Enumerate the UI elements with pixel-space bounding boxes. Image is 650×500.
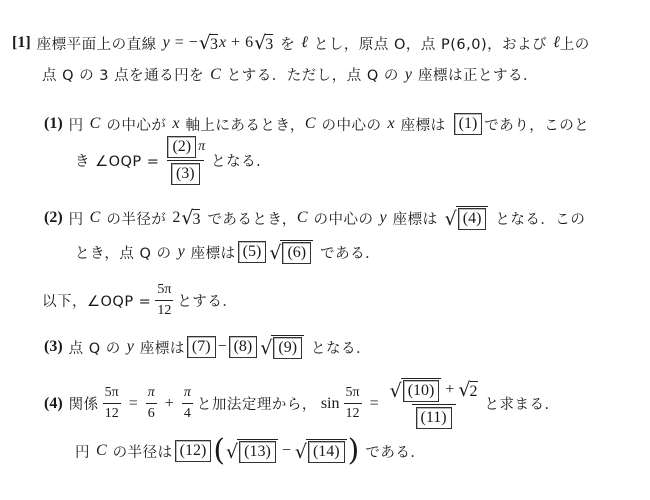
left-paren: ( xyxy=(213,436,225,466)
sqrt-3: √3 xyxy=(199,32,218,54)
fraction-5pi-12: 5π 12 xyxy=(103,385,121,422)
sin-value-fraction: √(10) + √2 (11) xyxy=(387,378,481,429)
answer-box-13[interactable]: (13) xyxy=(239,441,276,463)
premise-line: 以下，∠OQP = 5π 12 とする． xyxy=(42,282,237,319)
intro-line-2: 点 Q の 3 点を通る円を C とする．ただし，点 Q の y 座標は正とする… xyxy=(42,64,538,85)
sqrt-box-13: √(13) xyxy=(226,439,278,463)
question-label: (1) xyxy=(44,115,63,133)
answer-box-6[interactable]: (6) xyxy=(282,242,311,264)
sqrt-2: √2 xyxy=(458,379,477,401)
answer-box-1[interactable]: (1) xyxy=(454,113,483,135)
answer-box-7[interactable]: (7) xyxy=(187,336,216,358)
sqrt-box-14: √(14) xyxy=(295,439,347,463)
question-2-line-2: とき，点 Q の y 座標は (5) √(6) である． xyxy=(75,240,380,264)
question-4-line-1: (4) 関係 5π 12 = π 6 + π 4 と加法定理から， sin 5π… xyxy=(44,378,560,429)
question-4-line-2: 円 C の半径は (12) ( √(13) − √(14) ) である． xyxy=(75,436,425,466)
question-label: (2) xyxy=(44,209,63,227)
answer-box-5[interactable]: (5) xyxy=(238,241,267,263)
fraction-5pi-12: 5π 12 xyxy=(344,385,362,422)
sqrt-box-10: √(10) xyxy=(390,378,442,402)
answer-box-10[interactable]: (10) xyxy=(403,380,440,402)
sqrt-3: √3 xyxy=(181,207,200,229)
answer-box-14[interactable]: (14) xyxy=(308,441,345,463)
answer-box-12[interactable]: (12) xyxy=(175,440,212,462)
question-label: (4) xyxy=(44,395,63,413)
question-3-line: (3) 点 Q の y 座標は (7) − (8) √(9) となる． xyxy=(44,335,371,359)
sqrt-box-4: √(4) xyxy=(445,206,489,230)
intro-line-1: [1] 座標平面上の直線 y = − √3 x + 6 √3 を ℓ とし，原点… xyxy=(12,32,590,54)
question-2-line-1: (2) 円 C の半径が 2 √3 であるとき， C の中心の y 座標は √(… xyxy=(44,206,585,230)
sqrt-box-6: √(6) xyxy=(269,240,313,264)
answer-box-2[interactable]: (2) xyxy=(167,136,196,158)
sqrt-3: √3 xyxy=(254,32,273,54)
angle-fraction: (2)π (3) xyxy=(163,136,207,185)
answer-box-8[interactable]: (8) xyxy=(229,336,258,358)
question-label: (3) xyxy=(44,338,63,356)
answer-box-4[interactable]: (4) xyxy=(458,208,487,230)
problem-number: [1] xyxy=(12,34,31,52)
right-paren: ) xyxy=(348,436,360,466)
question-1-line-1: (1) 円 C の中心が x 軸上にあるとき， C の中心の x 座標は (1)… xyxy=(44,113,589,135)
premise-fraction: 5π 12 xyxy=(155,282,173,319)
intro-text: 座標平面上の直線 xyxy=(37,33,157,54)
sqrt-box-9: √(9) xyxy=(260,335,304,359)
fraction-pi-4: π 4 xyxy=(182,385,193,422)
fraction-pi-6: π 6 xyxy=(146,385,157,422)
answer-box-3[interactable]: (3) xyxy=(171,163,200,185)
answer-box-11[interactable]: (11) xyxy=(416,407,452,429)
question-1-line-2: き ∠OQP = (2)π (3) となる． xyxy=(75,136,271,185)
answer-box-9[interactable]: (9) xyxy=(273,337,302,359)
